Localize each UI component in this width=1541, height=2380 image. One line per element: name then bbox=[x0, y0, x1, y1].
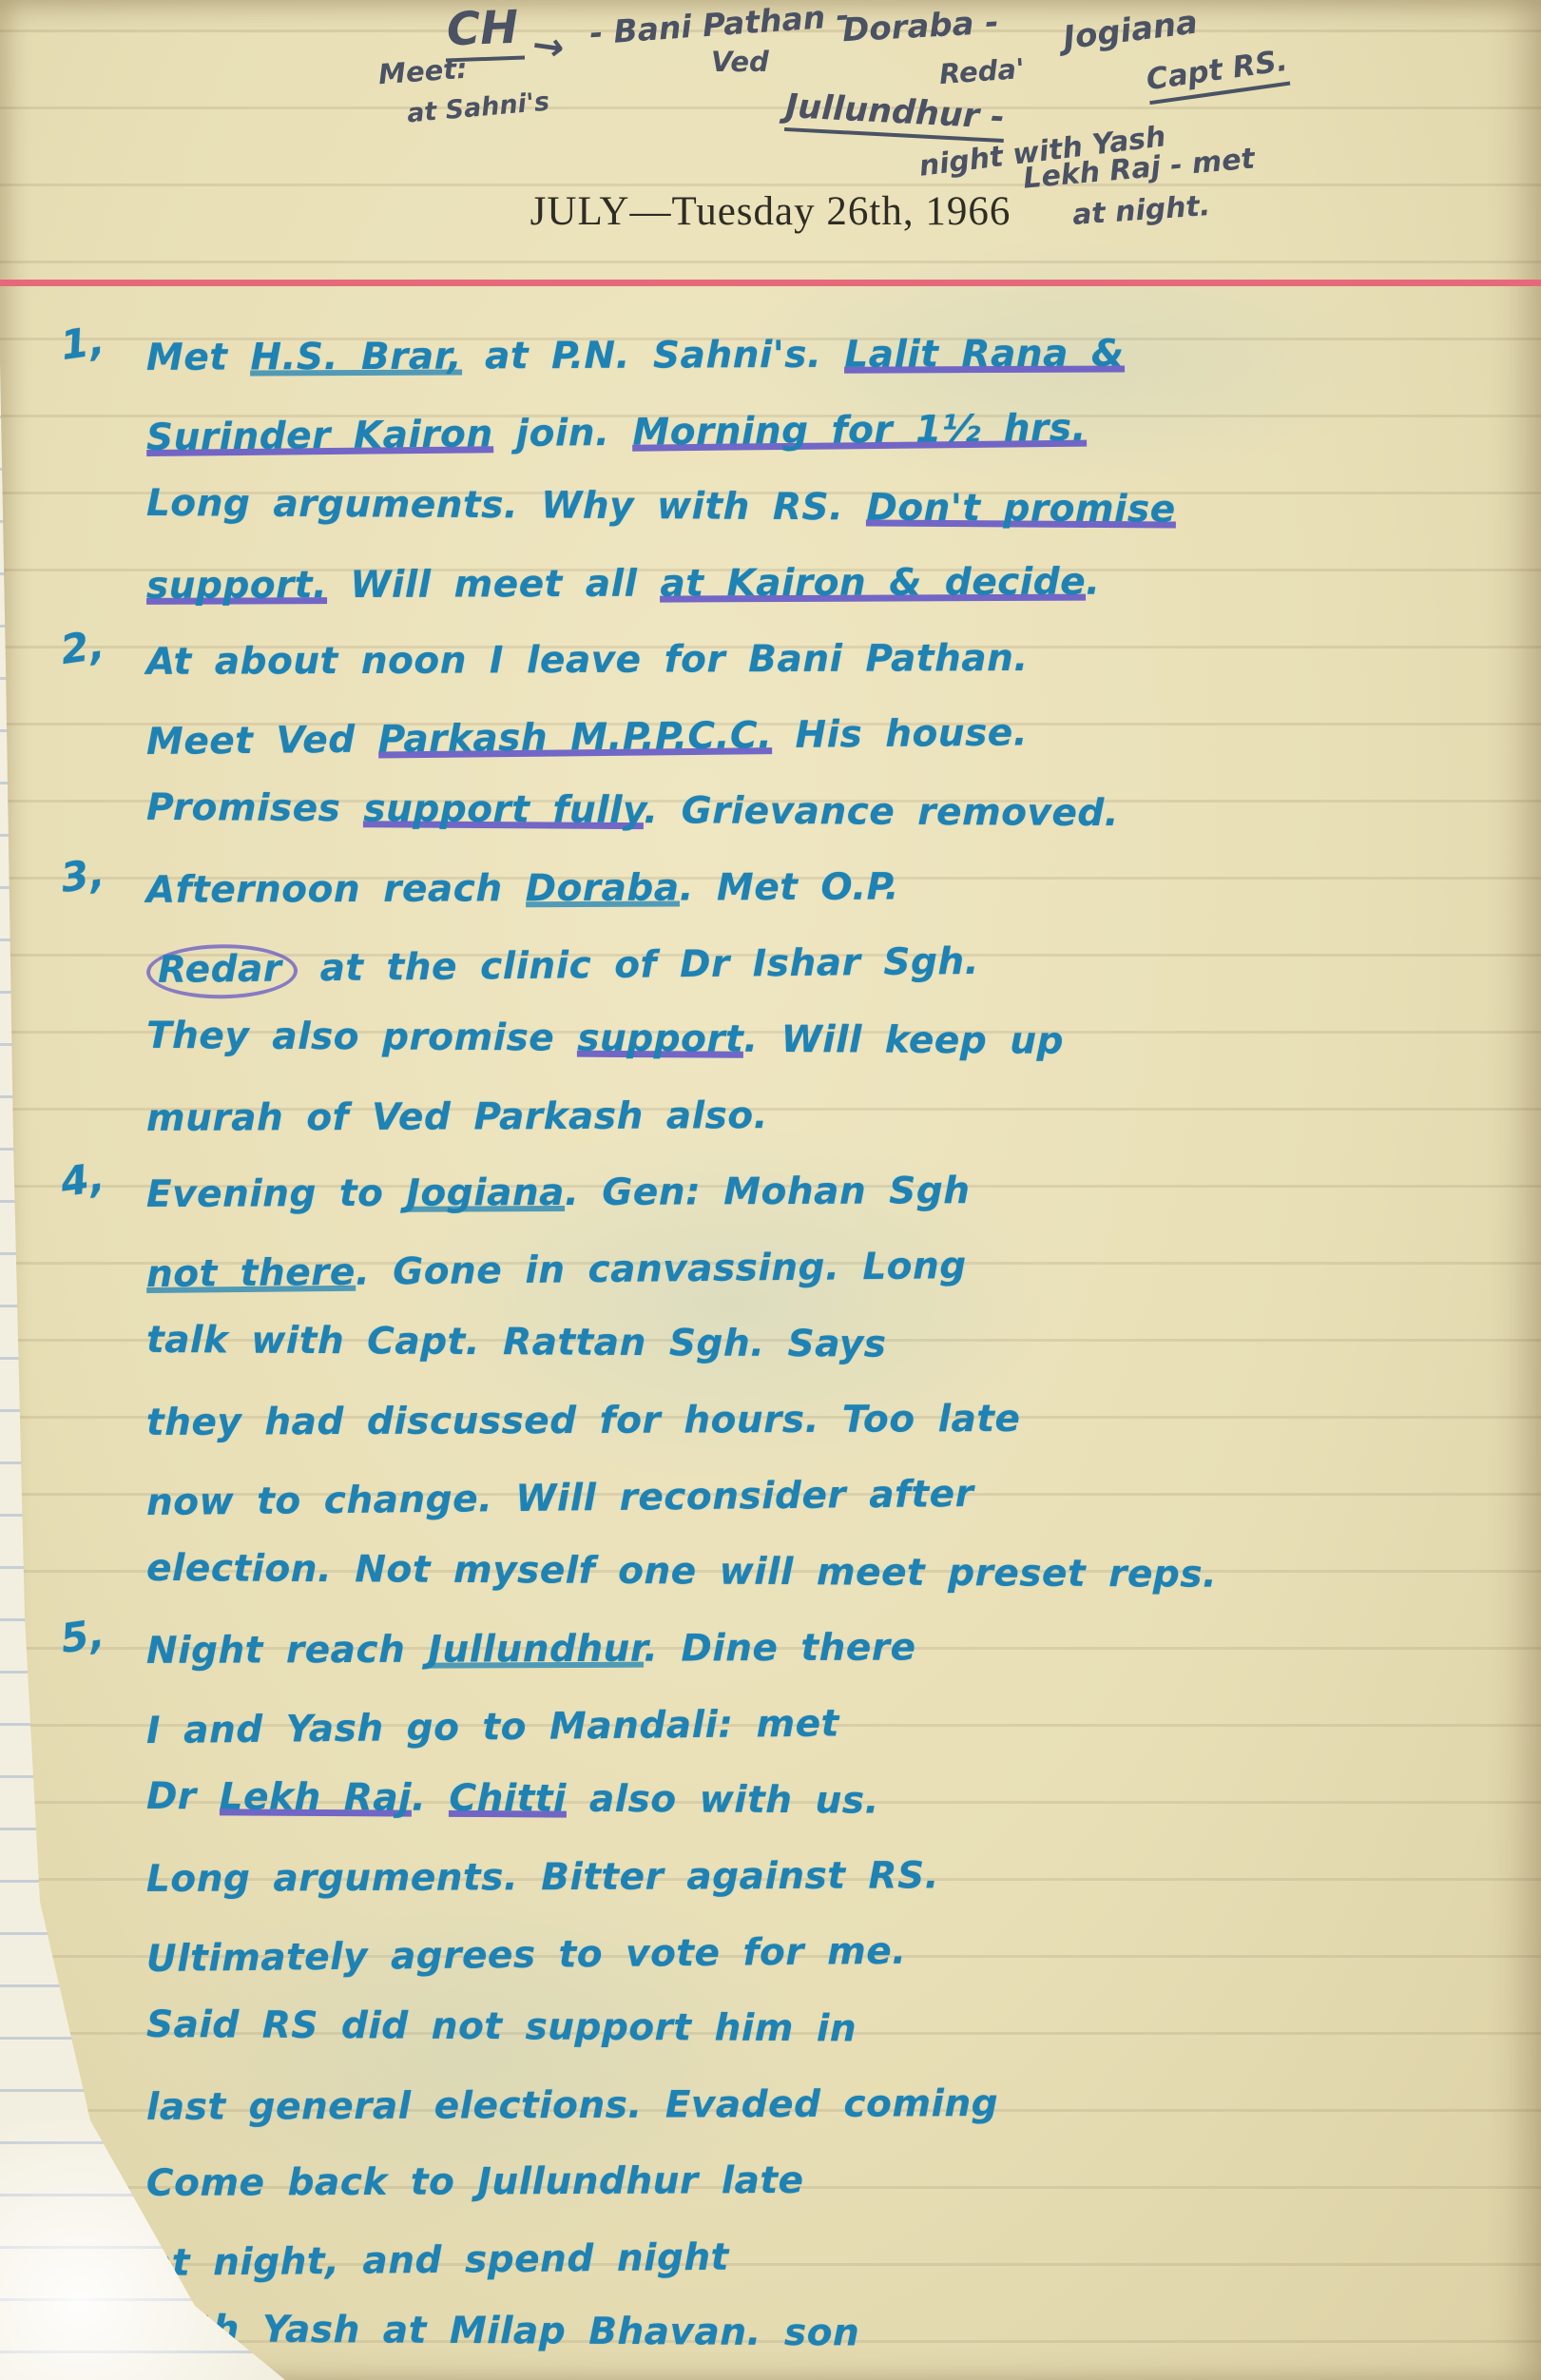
underlined-phrase: Doraba bbox=[526, 866, 680, 910]
handwritten-line: Meet Ved Parkash M.P.P.C.C. His house. bbox=[55, 690, 1517, 782]
phrase: Long arguments. Why with RS. bbox=[146, 482, 867, 530]
phrase: at night, and spend night bbox=[146, 2236, 729, 2285]
diary-entry: 4,Evening to Jogiana. Gen: Mohan Sghnot … bbox=[55, 1154, 1516, 1611]
handwritten-line: Surinder Kairon join. Morning for 1½ hrs… bbox=[55, 386, 1517, 477]
handwritten-line: Come back to Jullundhur late bbox=[55, 2140, 1516, 2223]
phrase: They also promise bbox=[146, 1015, 578, 1060]
phrase: join. bbox=[492, 412, 632, 456]
handwritten-line: Promises support fully. Grievance remove… bbox=[55, 769, 1516, 854]
handwritten-line: now to change. Will reconsider after bbox=[55, 1451, 1517, 1542]
underlined-phrase: Jullundhur bbox=[428, 1628, 644, 1672]
phrase: Will meet all bbox=[327, 563, 660, 608]
phrase: murah of Ved Parkash also. bbox=[146, 1094, 768, 1140]
diary-entry: 1,Met H.S. Brar, at P.N. Sahni's. Lalit … bbox=[55, 318, 1516, 622]
underlined-phrase: Morning for 1½ hrs. bbox=[632, 407, 1087, 455]
phrase: talk with Capt. Rattan Sgh. Says bbox=[146, 1319, 887, 1366]
phrase: . Will keep up bbox=[743, 1018, 1064, 1063]
phrase: . Met O.P. bbox=[679, 865, 899, 909]
underlined-phrase: Chitti bbox=[449, 1777, 567, 1821]
arrow-icon: → bbox=[530, 23, 568, 70]
phrase: His house. bbox=[772, 711, 1028, 757]
annotation-stop-bani-pathan: - Bani Pathan - bbox=[588, 0, 851, 51]
phrase: Met bbox=[146, 336, 251, 378]
handwritten-line: Said RS did not support him in bbox=[55, 1986, 1516, 2071]
handwritten-line: Redar at the clinic of Dr Ishar Sgh. bbox=[55, 919, 1517, 1010]
underlined-phrase: Parkash M.P.P.C.C. bbox=[378, 714, 773, 761]
red-rule-line bbox=[0, 280, 1541, 286]
phrase: they had discussed for hours. Too late bbox=[146, 1398, 1021, 1444]
handwritten-line: Long arguments. Why with RS. Don't promi… bbox=[55, 465, 1516, 550]
underlined-phrase: H.S. Brar, bbox=[250, 335, 462, 378]
diary-entry: 6,Come back to Jullundhur lateat night, … bbox=[55, 2143, 1516, 2371]
phrase: Night reach bbox=[146, 1629, 429, 1673]
handwritten-line: not there. Gone in canvassing. Long bbox=[55, 1223, 1517, 1314]
annotation-meet-place: at Sahni's bbox=[406, 87, 550, 129]
diary-page: CH → Meet: at Sahni's - Bani Pathan - Ve… bbox=[0, 0, 1541, 2380]
handwritten-line: Afternoon reach Doraba. Met O.P. bbox=[55, 847, 1516, 930]
handwritten-line: Ultimately agrees to vote for me. bbox=[55, 1907, 1517, 1999]
phrase: Promises bbox=[146, 786, 364, 830]
phrase: Dr bbox=[146, 1775, 220, 1818]
handwritten-line: they had discussed for hours. Too late bbox=[55, 1380, 1516, 1462]
underlined-phrase: Redar bbox=[146, 943, 298, 999]
underlined-phrase: at Kairon & decide bbox=[660, 561, 1086, 606]
annotation-stop-doraba-person: Reda' bbox=[938, 52, 1026, 90]
handwritten-line: with Yash at Milap Bhavan. son bbox=[55, 2291, 1516, 2375]
annotation-meet: Meet: bbox=[377, 52, 469, 90]
underlined-phrase: Jogiana bbox=[406, 1171, 565, 1215]
handwritten-line: I and Yash go to Mandali: met bbox=[55, 1679, 1517, 1770]
underlined-phrase: Lekh Raj bbox=[220, 1775, 413, 1819]
phrase: Said RS did not support him in bbox=[146, 2003, 857, 2051]
diary-scan: { "header": { "date": "JULY—Tuesday 26th… bbox=[0, 0, 1541, 2380]
phrase: Come back to Jullundhur late bbox=[146, 2159, 804, 2205]
annotation-stop-doraba: Doraba - bbox=[841, 4, 999, 50]
phrase: . bbox=[412, 1777, 450, 1820]
phrase: I and Yash go to Mandali: met bbox=[146, 1702, 839, 1752]
phrase: at P.N. Sahni's. bbox=[462, 334, 845, 378]
underlined-phrase: support fully bbox=[363, 787, 644, 832]
handwritten-line: last general elections. Evaded coming bbox=[55, 2064, 1516, 2147]
handwritten-line: Evening to Jogiana. Gen: Mohan Sgh bbox=[55, 1151, 1516, 1234]
phrase: At about noon I leave for Bani Pathan. bbox=[146, 637, 1029, 684]
annotation-stop-jogiana: Jogiana bbox=[1061, 3, 1200, 57]
handwritten-line: Night reach Jullundhur. Dine there bbox=[55, 1608, 1516, 1691]
phrase: . Gone in canvassing. Long bbox=[356, 1245, 967, 1294]
underlined-phrase: Don't promise bbox=[866, 487, 1175, 532]
diary-entries: 1,Met H.S. Brar, at P.N. Sahni's. Lalit … bbox=[55, 318, 1516, 2371]
phrase: Long arguments. Bitter against RS. bbox=[146, 1854, 939, 1901]
handwritten-line: at night, and spend night bbox=[55, 2212, 1517, 2303]
phrase: election. Not myself one will meet prese… bbox=[146, 1547, 1218, 1596]
phrase: also with us. bbox=[567, 1778, 879, 1823]
phrase: with Yash at Milap Bhavan. son bbox=[146, 2308, 860, 2355]
phrase: Evening to bbox=[146, 1172, 407, 1216]
diary-entry: 3,Afternoon reach Doraba. Met O.P.Redar … bbox=[55, 850, 1516, 1154]
handwritten-line: talk with Capt. Rattan Sgh. Says bbox=[55, 1302, 1516, 1386]
phrase: . Grievance removed. bbox=[644, 789, 1119, 835]
phrase: last general elections. Evaded coming bbox=[146, 2082, 998, 2129]
phrase: Afternoon reach bbox=[146, 867, 526, 912]
printed-date-header: JULY—Tuesday 26th, 1966 bbox=[0, 188, 1541, 235]
handwritten-line: murah of Ved Parkash also. bbox=[55, 1075, 1516, 1158]
handwritten-line: Dr Lekh Raj. Chitti also with us. bbox=[55, 1758, 1516, 1843]
annotation-stop-bani-pathan-person: Ved bbox=[711, 46, 769, 78]
phrase: Meet Ved bbox=[146, 718, 378, 764]
phrase: . Dine there bbox=[644, 1626, 916, 1670]
phrase: at the clinic of Dr Ishar Sgh. bbox=[297, 940, 979, 991]
diary-entry: 2,At about noon I leave for Bani Pathan.… bbox=[55, 622, 1516, 850]
underlined-phrase: not there bbox=[146, 1251, 356, 1296]
underlined-phrase: Lalit Rana & bbox=[844, 332, 1124, 376]
handwritten-line: support. Will meet all at Kairon & decid… bbox=[55, 543, 1516, 626]
handwritten-line: election. Not myself one will meet prese… bbox=[55, 1530, 1516, 1615]
annotation-stop-jogiana-person: Capt RS. bbox=[1145, 44, 1291, 105]
handwritten-line: Met H.S. Brar, at P.N. Sahni's. Lalit Ra… bbox=[55, 315, 1516, 397]
handwritten-line: Long arguments. Bitter against RS. bbox=[55, 1836, 1516, 1919]
diary-entry: 5,Night reach Jullundhur. Dine thereI an… bbox=[55, 1611, 1516, 2143]
phrase: now to change. Will reconsider after bbox=[146, 1473, 974, 1524]
handwritten-line: At about noon I leave for Bani Pathan. bbox=[55, 619, 1516, 702]
phrase: Ultimately agrees to vote for me. bbox=[146, 1930, 907, 1981]
underlined-phrase: support. bbox=[146, 564, 328, 608]
underlined-phrase: Surinder Kairon bbox=[146, 413, 493, 459]
underlined-phrase: support bbox=[577, 1017, 743, 1061]
phrase: . Gen: Mohan Sgh bbox=[565, 1170, 971, 1214]
phrase: . bbox=[1086, 561, 1101, 604]
annotation-jullundhur-note: Jullundhur - bbox=[784, 87, 1006, 143]
handwritten-line: They also promise support. Will keep up bbox=[55, 997, 1516, 1082]
